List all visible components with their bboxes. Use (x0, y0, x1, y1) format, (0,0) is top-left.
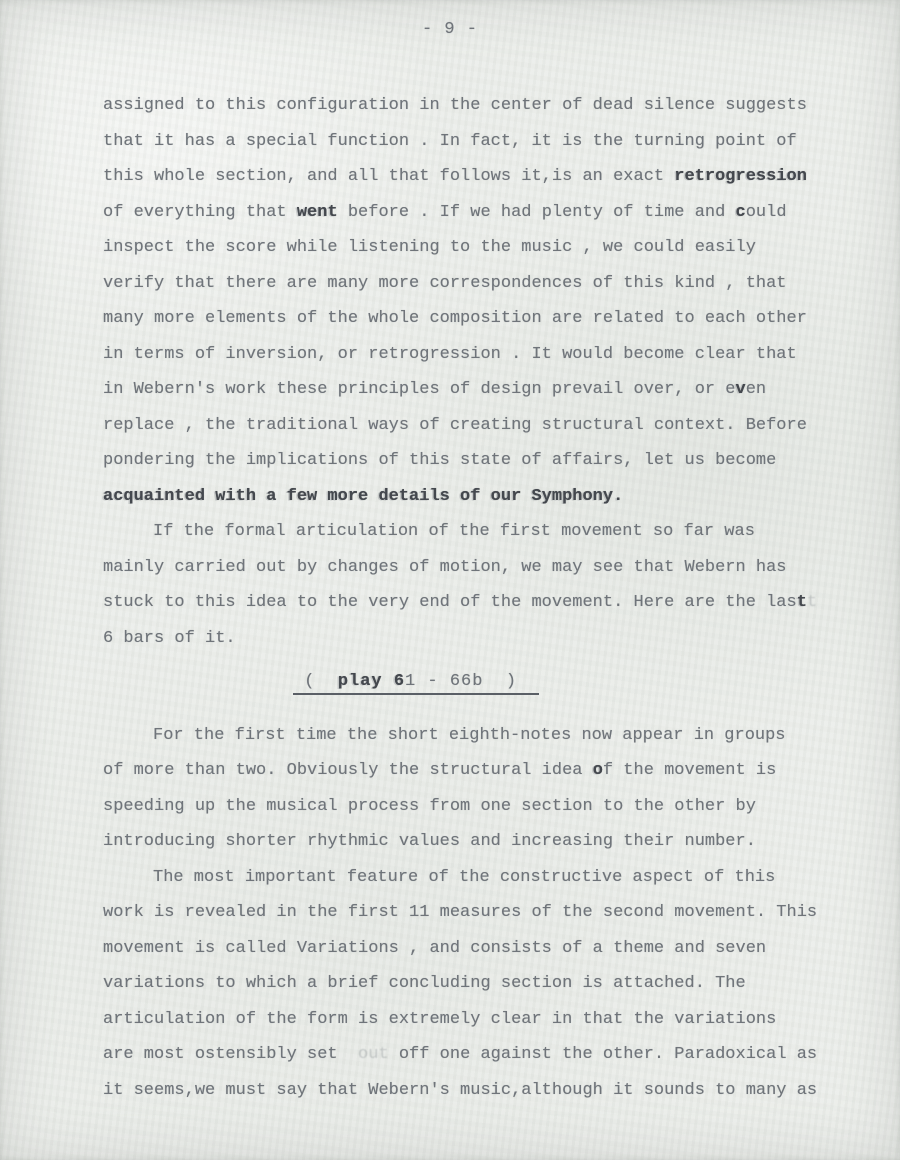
overtyped-bold-text: 6 (394, 672, 405, 695)
text-line: speeding up the musical process from one… (103, 789, 840, 825)
typed-text: that it has a special function . In fact… (103, 132, 797, 151)
overtyped-bold-text: o (593, 761, 603, 780)
typed-text: are most ostensibly set (103, 1045, 358, 1064)
typed-text: ( (293, 672, 338, 695)
typed-text: in Webern's work these principles of des… (103, 380, 736, 399)
typed-text: f the movement is (603, 761, 776, 780)
text-line: articulation of the form is extremely cl… (103, 1002, 840, 1038)
overtyped-bold-text: went (297, 203, 338, 222)
text-line: inspect the score while listening to the… (103, 230, 840, 266)
page-content: assigned to this configuration in the ce… (103, 88, 840, 1108)
typed-text: articulation of the form is extremely cl… (103, 1010, 776, 1029)
text-line: in terms of inversion, or retrogression … (103, 337, 840, 373)
text-line: this whole section, and all that follows… (103, 159, 840, 195)
typed-text: it seems,we must say that Webern's music… (103, 1081, 817, 1100)
erased-ghost-text: t (807, 593, 817, 612)
play-cue: ( play 61 - 66b ) (293, 664, 840, 700)
text-line: many more elements of the whole composit… (103, 301, 840, 337)
typed-text: For the first time the short eighth-note… (153, 726, 786, 745)
paragraph-3: For the first time the short eighth-note… (103, 718, 840, 860)
text-line: are most ostensibly set out off one agai… (103, 1037, 840, 1073)
typed-text (383, 672, 394, 695)
text-line: variations to which a brief concluding s… (103, 966, 840, 1002)
typed-text: ould (746, 203, 787, 222)
text-line: introducing shorter rhythmic values and … (103, 824, 840, 860)
overtyped-bold-text: t (797, 593, 807, 612)
overtyped-bold-text: c (736, 203, 746, 222)
overtyped-bold-text: retrogression (674, 167, 807, 186)
paragraph-1: assigned to this configuration in the ce… (103, 88, 840, 514)
typed-text: stuck to this idea to the very end of th… (103, 593, 797, 612)
typed-text: inspect the score while listening to the… (103, 238, 756, 257)
typed-text: speeding up the musical process from one… (103, 797, 756, 816)
text-line: The most important feature of the constr… (103, 860, 840, 896)
text-line: in Webern's work these principles of des… (103, 372, 840, 408)
erased-ghost-text: out (358, 1045, 389, 1064)
typed-text: mainly carried out by changes of motion,… (103, 558, 787, 577)
text-line: assigned to this configuration in the ce… (103, 88, 840, 124)
play-cue-line: ( play 61 - 66b ) (293, 664, 840, 700)
typed-text: movement is called Variations , and cons… (103, 939, 766, 958)
text-line: of more than two. Obviously the structur… (103, 753, 840, 789)
typed-text: of more than two. Obviously the structur… (103, 761, 593, 780)
overtyped-bold-text: acquainted with a few more details of ou… (103, 487, 623, 506)
typed-text: The most important feature of the constr… (153, 868, 775, 887)
text-line: 6 bars of it. (103, 621, 840, 657)
text-line: If the formal articulation of the first … (103, 514, 840, 550)
typed-text: variations to which a brief concluding s… (103, 974, 746, 993)
typed-text: in terms of inversion, or retrogression … (103, 345, 797, 364)
paragraph-4: The most important feature of the constr… (103, 860, 840, 1109)
typed-text: off one against the other. Paradoxical a… (389, 1045, 817, 1064)
text-line: replace , the traditional ways of creati… (103, 408, 840, 444)
overtyped-bold-text: v (736, 380, 746, 399)
typed-text: before . If we had plenty of time and (338, 203, 736, 222)
text-line: verify that there are many more correspo… (103, 266, 840, 302)
typed-text: introducing shorter rhythmic values and … (103, 832, 756, 851)
page-number: - 9 - (0, 20, 900, 39)
text-line: acquainted with a few more details of ou… (103, 479, 840, 515)
typed-text: replace , the traditional ways of creati… (103, 416, 807, 435)
text-line: movement is called Variations , and cons… (103, 931, 840, 967)
typed-text: en (746, 380, 766, 399)
text-line: pondering the implications of this state… (103, 443, 840, 479)
typed-text: many more elements of the whole composit… (103, 309, 807, 328)
text-line: stuck to this idea to the very end of th… (103, 585, 840, 621)
text-line: work is revealed in the first 11 measure… (103, 895, 840, 931)
text-line: For the first time the short eighth-note… (103, 718, 840, 754)
typed-text: pondering the implications of this state… (103, 451, 776, 470)
typed-text: verify that there are many more correspo… (103, 274, 787, 293)
typed-text: assigned to this configuration in the ce… (103, 96, 807, 115)
typed-text: 6 bars of it. (103, 629, 236, 648)
paragraph-2: If the formal articulation of the first … (103, 514, 840, 656)
typed-text: work is revealed in the first 11 measure… (103, 903, 817, 922)
typed-text: If the formal articulation of the first … (153, 522, 755, 541)
document-page: - 9 - assigned to this configuration in … (0, 0, 900, 1160)
typed-text: of everything that (103, 203, 297, 222)
text-line: mainly carried out by changes of motion,… (103, 550, 840, 586)
text-line: that it has a special function . In fact… (103, 124, 840, 160)
text-line: of everything that went before . If we h… (103, 195, 840, 231)
overtyped-bold-text: play (338, 672, 383, 695)
typed-text: this whole section, and all that follows… (103, 167, 674, 186)
text-line: it seems,we must say that Webern's music… (103, 1073, 840, 1109)
typed-text: 1 - 66b ) (405, 672, 539, 695)
